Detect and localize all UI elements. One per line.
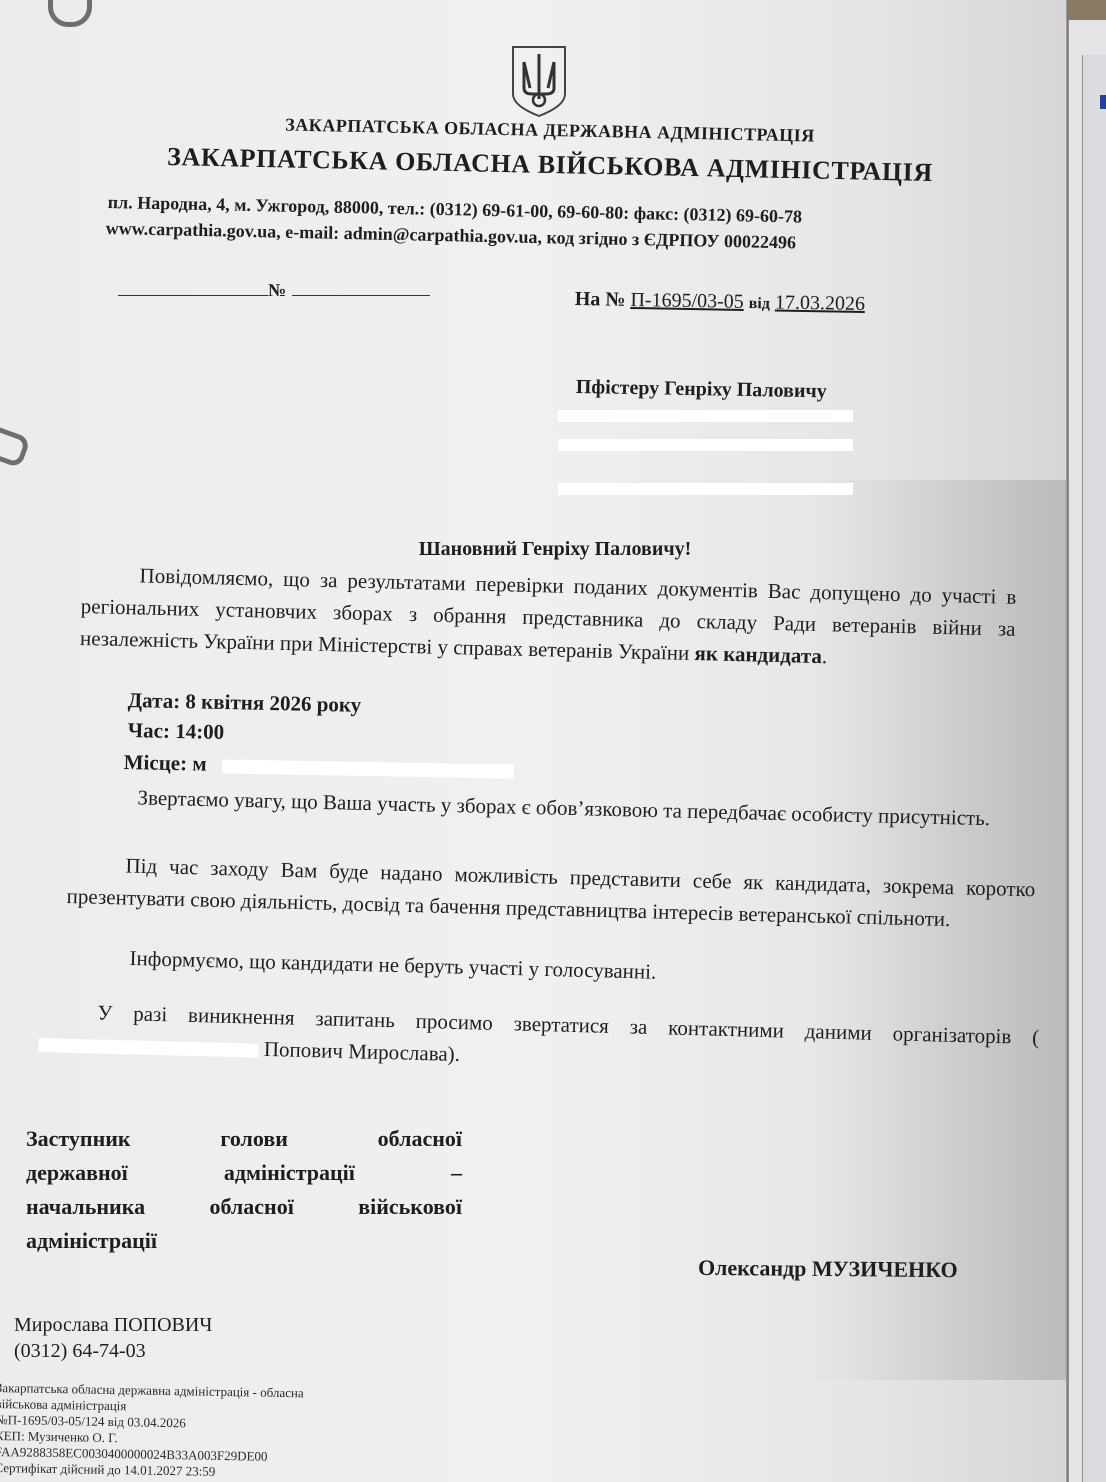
signatory-title: Заступник голови обласної державної адмі… xyxy=(26,1122,462,1258)
redaction-bar xyxy=(558,483,853,495)
reply-date: 17.03.2026 xyxy=(775,291,865,315)
paragraph-presentation: Під час заходу Вам буде надано можливіст… xyxy=(66,848,1035,937)
outgoing-registration-line: № xyxy=(118,280,430,301)
redaction-bar xyxy=(39,1038,259,1058)
reply-number: П-1695/03-05 xyxy=(630,289,744,313)
blue-folder-tab xyxy=(1100,95,1106,109)
trident-crest-icon xyxy=(510,44,568,118)
paragraph-admission: Повідомляємо, що за результатами перевір… xyxy=(80,558,1017,677)
redaction-bar xyxy=(558,410,853,422)
executor-phone: (0312) 64-74-03 xyxy=(14,1338,212,1364)
paragraph-attendance: Звертаємо увагу, що Ваша участь у зборах… xyxy=(79,780,1029,835)
binder-clip-icon xyxy=(48,0,92,27)
e-signature-stamp: Закарпатська обласна державна адміністра… xyxy=(0,1380,304,1481)
greeting: Шановний Генріху Паловичу! xyxy=(0,538,1106,561)
event-date: Дата: 8 квітня 2026 року xyxy=(127,688,361,718)
event-place: Місце: м xyxy=(123,750,206,777)
redaction-bar xyxy=(558,439,853,451)
executor-block: Мирослава ПОПОВИЧ (0312) 64-74-03 xyxy=(14,1312,212,1364)
binder-clip-icon xyxy=(0,423,31,468)
redaction-bar xyxy=(222,759,514,778)
recipient-name: Пфістеру Генріху Паловичу xyxy=(576,376,827,403)
paragraph-voting: Інформуємо, що кандидати не беруть участ… xyxy=(129,942,657,988)
letter-page: ЗАКАРПАТСЬКА ОБЛАСНА ДЕРЖАВНА АДМІНІСТРА… xyxy=(0,0,1067,1482)
executor-name: Мирослава ПОПОВИЧ xyxy=(14,1312,212,1338)
paragraph-contacts: У разі виникнення запитань просимо зверт… xyxy=(38,995,1039,1085)
signatory-name: Олександр МУЗИЧЕНКО xyxy=(698,1255,958,1283)
reply-reference: На № П-1695/03-05 від 17.03.2026 xyxy=(575,288,866,316)
org-name-military-admin: ЗАКАРПАТСЬКА ОБЛАСНА ВІЙСЬКОВА АДМІНІСТР… xyxy=(100,141,1000,190)
event-time: Час: 14:00 xyxy=(127,718,224,745)
paper-stack-edge xyxy=(1082,55,1106,1482)
